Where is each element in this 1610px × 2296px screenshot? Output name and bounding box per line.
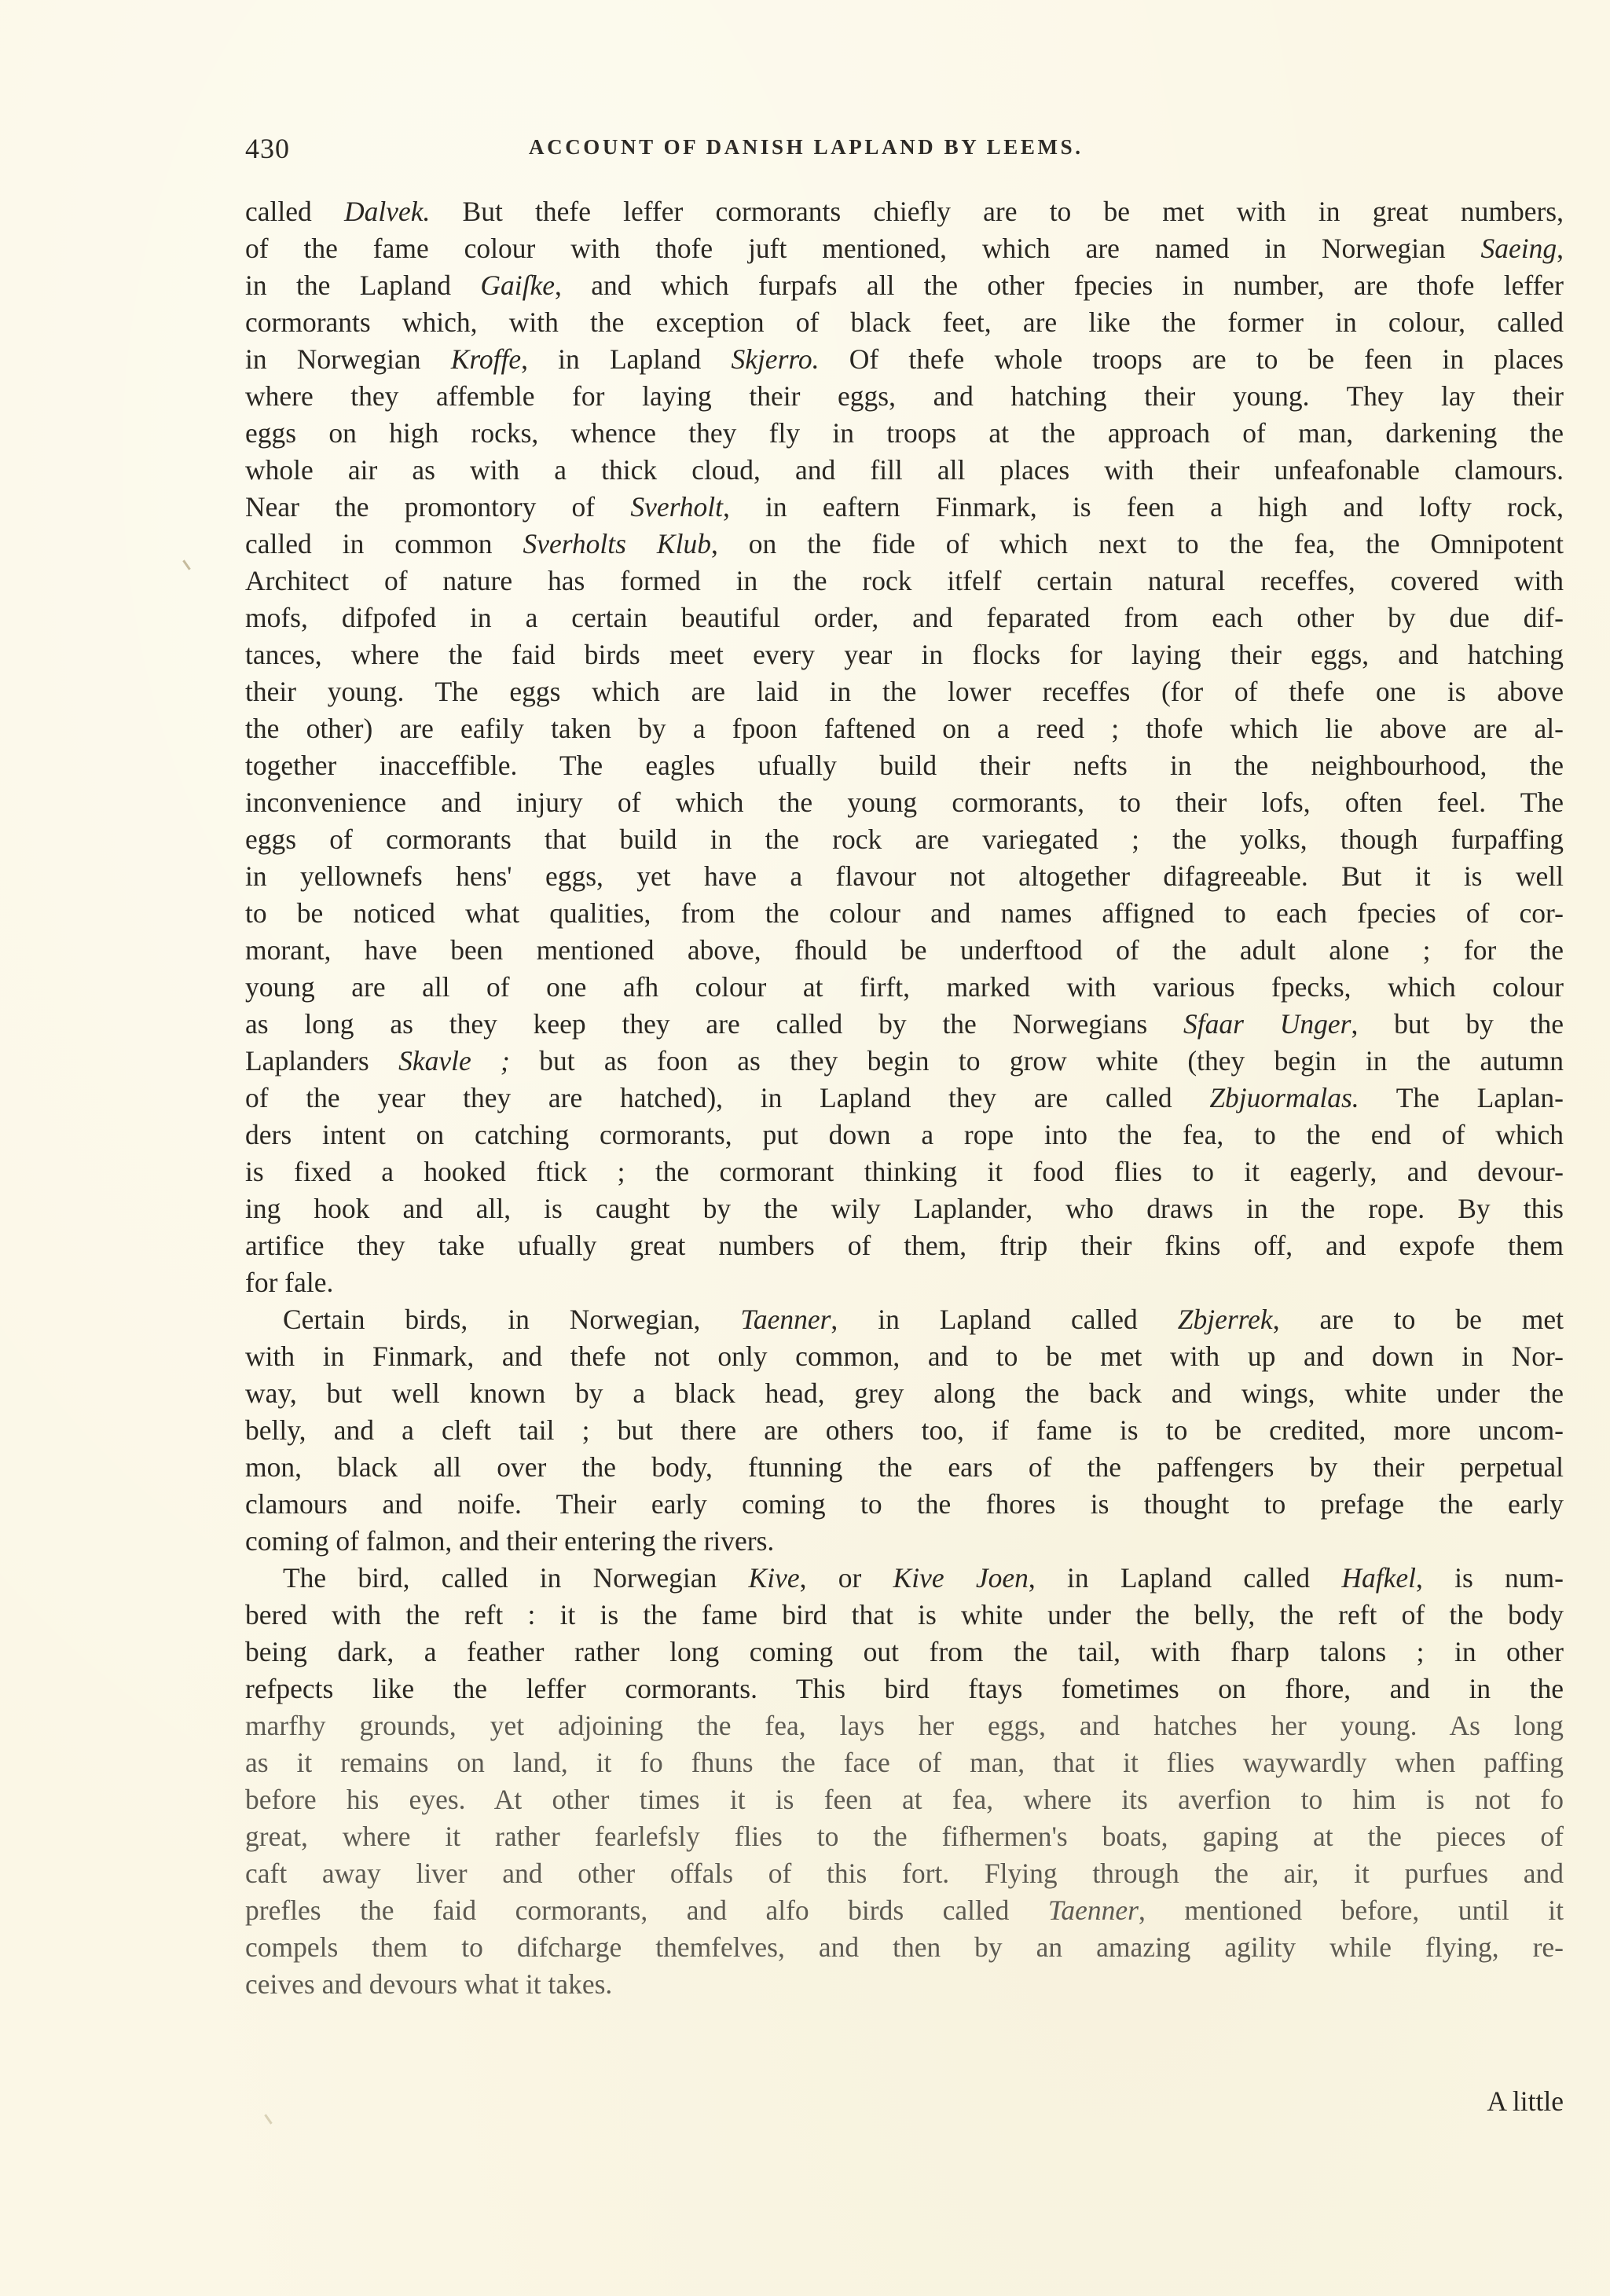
text-run: , in Lapland called: [1029, 1562, 1342, 1594]
text-line: cormorants which, with the exception of …: [245, 304, 1564, 341]
italic-term: Zbjuormalas.: [1209, 1082, 1359, 1113]
text-run: way, but well known by a black head, gre…: [245, 1377, 1564, 1409]
text-run: is fixed a hooked ftick ; the cormorant …: [245, 1156, 1564, 1187]
text-run: called in common: [245, 528, 523, 559]
running-title: ACCOUNT OF DANISH LAPLAND BY LEEMS.: [529, 135, 1084, 160]
text-run: refpects like the leffer cormorants. Thi…: [245, 1673, 1564, 1704]
text-line: mofs, difpofed in a certain beautiful or…: [245, 600, 1564, 636]
text-line: prefles the faid cormorants, and alfo bi…: [245, 1892, 1564, 1929]
book-page: 430 ACCOUNT OF DANISH LAPLAND BY LEEMS. …: [0, 0, 1610, 2296]
text-run: caft away liver and other offals of this…: [245, 1858, 1564, 1889]
text-line: in Norwegian Kroffe, in Lapland Skjerro.…: [245, 341, 1564, 378]
text-line: their young. The eggs which are laid in …: [245, 673, 1564, 710]
text-run: , mentioned before, until it: [1139, 1894, 1564, 1926]
text-run: , are to be met: [1273, 1304, 1564, 1335]
text-run: , and which furpafs all the other fpecie…: [555, 270, 1564, 301]
page-number: 430: [245, 132, 290, 165]
text-line: belly, and a cleft tail ; but there are …: [245, 1412, 1564, 1449]
text-line: of the year they are hatched), in Laplan…: [245, 1080, 1564, 1117]
text-line: ing hook and all, is caught by the wily …: [245, 1190, 1564, 1227]
text-line: to be noticed what qualities, from the c…: [245, 895, 1564, 932]
text-line: for fale.: [245, 1264, 1564, 1301]
italic-term: Taenner: [1048, 1894, 1139, 1926]
text-line: before his eyes. At other times it is fe…: [245, 1781, 1564, 1818]
text-run: The Laplan-: [1359, 1082, 1564, 1113]
text-line: clamours and noife. Their early coming t…: [245, 1486, 1564, 1523]
text-run: as long as they keep they are called by …: [245, 1008, 1183, 1040]
text-run: inconvenience and injury of which the yo…: [245, 787, 1564, 818]
text-run: of the fame colour with thofe juft menti…: [245, 233, 1481, 264]
text-run: tances, where the faid birds meet every …: [245, 639, 1564, 670]
text-run: ,: [1557, 233, 1564, 264]
text-line: great, where it rather fearlefsly flies …: [245, 1818, 1564, 1855]
text-run: Of thefe whole troops are to be feen in …: [820, 343, 1564, 375]
text-run: clamours and noife. Their early coming t…: [245, 1488, 1564, 1520]
text-line: together inacceffible. The eagles ufuall…: [245, 747, 1564, 784]
paragraph: called Dalvek. But thefe leffer cormoran…: [245, 193, 1564, 1301]
text-line: compels them to difcharge themfelves, an…: [245, 1929, 1564, 1966]
italic-term: Sfaar Unger: [1183, 1008, 1351, 1040]
text-run: for fale.: [245, 1267, 333, 1298]
text-run: in Norwegian: [245, 343, 451, 375]
text-line: mon, black all over the body, ftunning t…: [245, 1449, 1564, 1486]
paragraph: The bird, called in Norwegian Kive, or K…: [245, 1560, 1564, 2003]
italic-term: Sverholts Klub: [523, 528, 710, 559]
text-line: whole air as with a thick cloud, and fil…: [245, 452, 1564, 489]
text-line: called in common Sverholts Klub, on the …: [245, 526, 1564, 563]
text-line: morant, have been mentioned above, fhoul…: [245, 932, 1564, 969]
text-line: eggs of cormorants that build in the roc…: [245, 821, 1564, 858]
text-line: called Dalvek. But thefe leffer cormoran…: [245, 193, 1564, 230]
text-line: tances, where the faid birds meet every …: [245, 636, 1564, 673]
text-line: is fixed a hooked ftick ; the cormorant …: [245, 1154, 1564, 1190]
text-line: refpects like the leffer cormorants. Thi…: [245, 1671, 1564, 1707]
text-run: their young. The eggs which are laid in …: [245, 676, 1564, 707]
text-line: way, but well known by a black head, gre…: [245, 1375, 1564, 1412]
text-line: of the fame colour with thofe juft menti…: [245, 230, 1564, 267]
text-line: ceives and devours what it takes.: [245, 1966, 1564, 2003]
text-run: , or: [800, 1562, 893, 1594]
italic-term: Zbjerrek: [1178, 1304, 1273, 1335]
running-head: 430 ACCOUNT OF DANISH LAPLAND BY LEEMS.: [245, 132, 1564, 170]
text-run: of the year they are hatched), in Laplan…: [245, 1082, 1209, 1113]
text-line: Architect of nature has formed in the ro…: [245, 563, 1564, 600]
text-run: ceives and devours what it takes.: [245, 1968, 612, 2000]
italic-term: Taenner: [740, 1304, 831, 1335]
text-run: But thefe leffer cormorants chiefly are …: [430, 196, 1564, 227]
italic-term: Hafkel: [1341, 1562, 1416, 1594]
text-run: great, where it rather fearlefsly flies …: [245, 1821, 1564, 1852]
text-run: prefles the faid cormorants, and alfo bi…: [245, 1894, 1048, 1926]
text-run: in the Lapland: [245, 270, 480, 301]
text-run: ders intent on catching cormorants, put …: [245, 1119, 1564, 1150]
text-line: The bird, called in Norwegian Kive, or K…: [245, 1560, 1564, 1597]
text-line: bered with the reft : it is the fame bir…: [245, 1597, 1564, 1634]
text-run: , in Lapland: [521, 343, 731, 375]
text-run: in yellownefs hens' eggs, yet have a fla…: [245, 860, 1564, 892]
text-run: , is num-: [1416, 1562, 1564, 1594]
text-run: morant, have been mentioned above, fhoul…: [245, 934, 1564, 966]
text-run: coming of falmon, and their entering the…: [245, 1525, 774, 1557]
text-run: young are all of one afh colour at firft…: [245, 971, 1564, 1003]
text-run: , in Lapland called: [831, 1304, 1177, 1335]
text-run: ing hook and all, is caught by the wily …: [245, 1193, 1564, 1224]
text-run: Laplanders: [245, 1045, 398, 1076]
text-run: Near the promontory of: [245, 491, 630, 523]
text-run: Architect of nature has formed in the ro…: [245, 565, 1564, 596]
text-run: to be noticed what qualities, from the c…: [245, 897, 1564, 929]
text-line: being dark, a feather rather long coming…: [245, 1634, 1564, 1671]
text-run: compels them to difcharge themfelves, an…: [245, 1931, 1564, 1963]
text-run: eggs of cormorants that build in the roc…: [245, 823, 1564, 855]
italic-term: Gaiſke: [480, 270, 555, 301]
paper-speck: [182, 559, 190, 570]
italic-term: Dalvek.: [344, 196, 430, 227]
italic-term: Kive Joen: [893, 1562, 1029, 1594]
text-line: in yellownefs hens' eggs, yet have a fla…: [245, 858, 1564, 895]
text-run: marfhy grounds, yet adjoining the fea, l…: [245, 1710, 1564, 1741]
text-line: the other) are eafily taken by a fpoon f…: [245, 710, 1564, 747]
text-run: mofs, difpofed in a certain beautiful or…: [245, 602, 1564, 633]
text-run: but as foon as they begin to grow white …: [510, 1045, 1564, 1076]
text-run: The bird, called in Norwegian: [283, 1562, 749, 1594]
text-line: with in Finmark, and thefe not only comm…: [245, 1338, 1564, 1375]
text-run: bered with the reft : it is the fame bir…: [245, 1599, 1564, 1630]
text-run: together inacceffible. The eagles ufuall…: [245, 750, 1564, 781]
text-line: Near the promontory of Sverholt, in eaft…: [245, 489, 1564, 526]
italic-term: Kive: [749, 1562, 800, 1594]
text-line: where they affemble for laying their egg…: [245, 378, 1564, 415]
text-run: the other) are eafily taken by a fpoon f…: [245, 713, 1564, 744]
italic-term: Skavle ;: [398, 1045, 510, 1076]
text-run: as it remains on land, it fo fhuns the f…: [245, 1747, 1564, 1778]
text-run: Certain birds, in Norwegian,: [283, 1304, 740, 1335]
text-run: where they affemble for laying their egg…: [245, 380, 1564, 412]
text-line: Laplanders Skavle ; but as foon as they …: [245, 1043, 1564, 1080]
text-run: whole air as with a thick cloud, and fil…: [245, 454, 1564, 486]
paragraph: Certain birds, in Norwegian, Taenner, in…: [245, 1301, 1564, 1560]
text-line: Certain birds, in Norwegian, Taenner, in…: [245, 1301, 1564, 1338]
text-run: belly, and a cleft tail ; but there are …: [245, 1414, 1564, 1446]
text-run: eggs on high rocks, whence they fly in t…: [245, 417, 1564, 449]
catchword: A little: [1446, 2083, 1564, 2120]
italic-term: Skjerro.: [731, 343, 819, 375]
text-line: as long as they keep they are called by …: [245, 1006, 1564, 1043]
text-run: , on the fide of which next to the fea, …: [711, 528, 1564, 559]
text-run: being dark, a feather rather long coming…: [245, 1636, 1564, 1667]
text-line: inconvenience and injury of which the yo…: [245, 784, 1564, 821]
text-run: cormorants which, with the exception of …: [245, 306, 1564, 338]
text-line: as it remains on land, it fo fhuns the f…: [245, 1744, 1564, 1781]
text-run: artifice they take ufually great numbers…: [245, 1230, 1564, 1261]
text-run: with in Finmark, and thefe not only comm…: [245, 1341, 1564, 1372]
italic-term: Sverholt: [630, 491, 723, 523]
text-line: ders intent on catching cormorants, put …: [245, 1117, 1564, 1154]
italic-term: Saeing: [1481, 233, 1557, 264]
text-line: eggs on high rocks, whence they fly in t…: [245, 415, 1564, 452]
text-line: in the Lapland Gaiſke, and which furpafs…: [245, 267, 1564, 304]
italic-term: Kroffe: [451, 343, 521, 375]
text-line: artifice they take ufually great numbers…: [245, 1227, 1564, 1264]
text-run: before his eyes. At other times it is fe…: [245, 1784, 1564, 1815]
text-run: , but by the: [1351, 1008, 1564, 1040]
text-run: mon, black all over the body, ftunning t…: [245, 1451, 1564, 1483]
paper-speck: [264, 2114, 272, 2124]
text-run: , in eaftern Finmark, is feen a high and…: [723, 491, 1564, 523]
text-line: marfhy grounds, yet adjoining the fea, l…: [245, 1707, 1564, 1744]
text-line: young are all of one afh colour at firft…: [245, 969, 1564, 1006]
text-line: coming of falmon, and their entering the…: [245, 1523, 1564, 1560]
body-text: called Dalvek. But thefe leffer cormoran…: [245, 193, 1564, 2003]
text-run: called: [245, 196, 344, 227]
text-line: caft away liver and other offals of this…: [245, 1855, 1564, 1892]
